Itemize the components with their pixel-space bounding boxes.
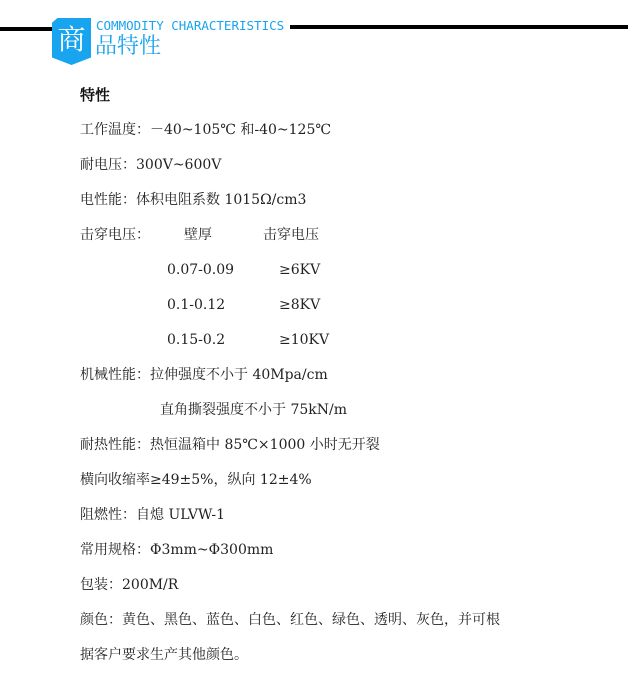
badge-char: 商 bbox=[57, 23, 85, 56]
breakdown-wall: 0.1-0.12 bbox=[167, 294, 279, 316]
header-title-cn: 品特性 bbox=[95, 34, 161, 60]
breakdown-row: 0.15-0.2≥10KV bbox=[80, 329, 620, 364]
common-specs: 常用规格：Φ3mm~Φ300mm bbox=[80, 539, 620, 574]
header-rule-left bbox=[0, 27, 54, 31]
breakdown-header-row: 击穿电压：壁厚击穿电压 bbox=[80, 224, 620, 259]
breakdown-row: 0.07-0.09≥6KV bbox=[80, 259, 620, 294]
withstand-voltage: 耐电压：300V~600V bbox=[80, 154, 620, 189]
breakdown-wall: 0.07-0.09 bbox=[167, 259, 279, 281]
breakdown-row: 0.1-0.12≥8KV bbox=[80, 294, 620, 329]
shang-badge-icon: 商 bbox=[52, 18, 91, 65]
breakdown-voltage: ≥10KV bbox=[279, 329, 329, 351]
flame-retardance: 阻燃性：自熄 ULVW-1 bbox=[80, 504, 620, 539]
mechanical-tensile: 机械性能：拉伸强度不小于 40Mpa/cm bbox=[80, 364, 620, 399]
colors-line-2: 据客户要求生产其他颜色。 bbox=[80, 644, 620, 675]
breakdown-col-wall: 壁厚 bbox=[184, 224, 263, 246]
heat-resistance: 耐热性能：热恒温箱中 85℃×1000 小时无开裂 bbox=[80, 434, 620, 469]
section-title: 特性 bbox=[80, 84, 620, 119]
mechanical-tear: 直角撕裂强度不小于 75kN/m bbox=[80, 399, 620, 434]
colors-line-1: 颜色：黄色、黑色、蓝色、白色、红色、绿色、透明、灰色，并可根 bbox=[80, 609, 620, 644]
breakdown-label: 击穿电压： bbox=[80, 224, 184, 246]
characteristics-section: 特性 工作温度：－40~105℃ 和-40~125℃ 耐电压：300V~600V… bbox=[80, 84, 620, 675]
shrinkage-rate: 横向收缩率≥49±5%，纵向 12±4% bbox=[80, 469, 620, 504]
breakdown-wall: 0.15-0.2 bbox=[167, 329, 279, 351]
header-title-en: COMMODITY CHARACTERISTICS bbox=[96, 18, 284, 34]
header-rule-right bbox=[290, 25, 628, 29]
operating-temperature: 工作温度：－40~105℃ 和-40~125℃ bbox=[80, 119, 620, 154]
breakdown-col-voltage: 击穿电压 bbox=[263, 227, 319, 243]
breakdown-voltage: ≥6KV bbox=[279, 259, 320, 281]
packaging: 包装：200M/R bbox=[80, 574, 620, 609]
breakdown-voltage: ≥8KV bbox=[279, 294, 320, 316]
electrical-properties: 电性能：体积电阻系数 1015Ω/cm3 bbox=[80, 189, 620, 224]
